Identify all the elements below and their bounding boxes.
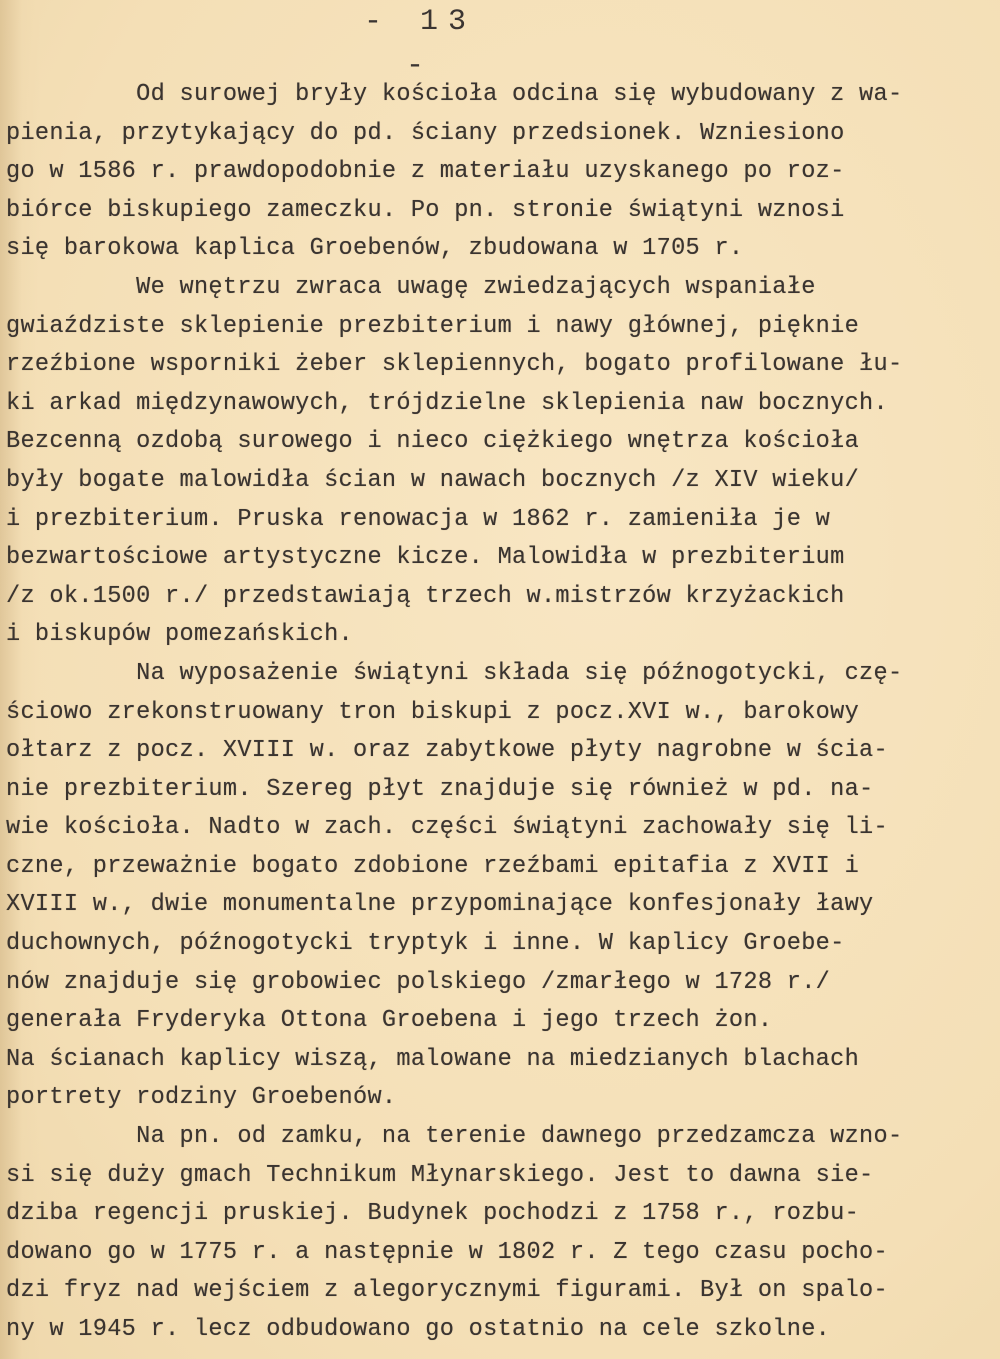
text-line: bezwartościowe artystyczne kicze. Malowi… xyxy=(6,539,996,578)
text-line: duchownych, późnogotycki tryptyk i inne.… xyxy=(6,925,996,964)
text-line: Na pn. od zamku, na terenie dawnego prze… xyxy=(6,1118,996,1157)
text-line: wie kościoła. Nadto w zach. części świąt… xyxy=(6,809,996,848)
text-line: Na wyposażenie świątyni składa się późno… xyxy=(6,655,996,694)
document-page: - 13 - Od surowej bryły kościoła odcina … xyxy=(0,0,1000,1359)
text-line: biórce biskupiego zameczku. Po pn. stron… xyxy=(6,192,996,231)
text-line: się barokowa kaplica Groebenów, zbudowan… xyxy=(6,230,996,269)
text-line: dowano go w 1775 r. a następnie w 1802 r… xyxy=(6,1234,996,1273)
text-line: /z ok.1500 r./ przedstawiają trzech w.mi… xyxy=(6,578,996,617)
text-line: XVIII w., dwie monumentalne przypominają… xyxy=(6,886,996,925)
text-line: pienia, przytykający do pd. ściany przed… xyxy=(6,115,996,154)
text-line: Na ścianach kaplicy wiszą, malowane na m… xyxy=(6,1041,996,1080)
text-line: nów znajduje się grobowiec polskiego /zm… xyxy=(6,964,996,1003)
text-line: i prezbiterium. Pruska renowacja w 1862 … xyxy=(6,501,996,540)
page-number: - 13 - xyxy=(340,0,500,88)
text-line: dzi fryz nad wejściem z alegorycznymi fi… xyxy=(6,1272,996,1311)
text-line: i biskupów pomezańskich. xyxy=(6,616,996,655)
text-line: ny w 1945 r. lecz odbudowano go ostatnio… xyxy=(6,1311,996,1350)
text-line: go w 1586 r. prawdopodobnie z materiału … xyxy=(6,153,996,192)
text-line: generała Fryderyka Ottona Groebena i jeg… xyxy=(6,1002,996,1041)
text-line: ki arkad międzynawowych, trójdzielne skl… xyxy=(6,385,996,424)
text-line: portrety rodziny Groebenów. xyxy=(6,1079,996,1118)
text-line: ściowo zrekonstruowany tron biskupi z po… xyxy=(6,694,996,733)
text-line: rzeźbione wsporniki żeber sklepiennych, … xyxy=(6,346,996,385)
text-line: ołtarz z pocz. XVIII w. oraz zabytkowe p… xyxy=(6,732,996,771)
text-line: Od surowej bryły kościoła odcina się wyb… xyxy=(6,76,996,115)
text-line: czne, przeważnie bogato zdobione rzeźbam… xyxy=(6,848,996,887)
text-line: si się duży gmach Technikum Młynarskiego… xyxy=(6,1157,996,1196)
text-line: nie prezbiterium. Szereg płyt znajduje s… xyxy=(6,771,996,810)
text-line: We wnętrzu zwraca uwagę zwiedzających ws… xyxy=(6,269,996,308)
text-line: dziba regencji pruskiej. Budynek pochodz… xyxy=(6,1195,996,1234)
text-line: były bogate malowidła ścian w nawach boc… xyxy=(6,462,996,501)
typewritten-text-body: Od surowej bryły kościoła odcina się wyb… xyxy=(6,76,996,1350)
text-line: Bezcenną ozdobą surowego i nieco ciężkie… xyxy=(6,423,996,462)
text-line: gwiaździste sklepienie prezbiterium i na… xyxy=(6,308,996,347)
